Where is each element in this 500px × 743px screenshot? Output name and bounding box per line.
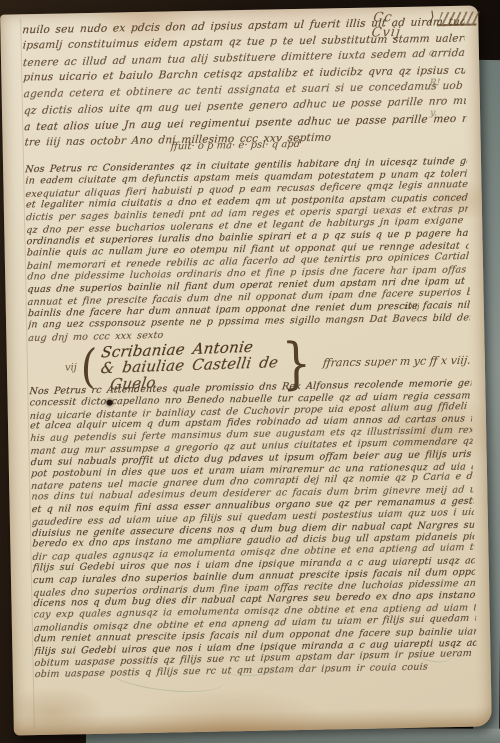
- paragraph-3: Nos Petrus rc Attendentes quale promissi…: [29, 378, 477, 681]
- margin-marks: aR!y.: [429, 38, 461, 129]
- interlinear-correction: xviij: [404, 302, 420, 311]
- parchment-page: Cc Cvij ⟩ nuilo seu nudo ex pdcis don ad…: [0, 5, 492, 735]
- registration-left-tail: vij: [65, 362, 77, 373]
- margin-mark: a: [428, 38, 461, 69]
- manuscript-photo: Cc Cvij ⟩ nuilo seu nudo ex pdcis don ad…: [0, 0, 500, 743]
- margin-mark: R!: [428, 68, 461, 99]
- subscription-note: ffuit· o p ma· e· psl· q apd: [170, 139, 300, 153]
- ink-blot: [107, 400, 113, 406]
- paragraph-1: nuilo seu nudo ex pdcis don ad ipsius ap…: [22, 14, 466, 151]
- fee-note: ffrancs super m yc ff x viij.: [322, 353, 472, 369]
- paragraph-2: Nos Petrus rc Considerantes qz in ciuita…: [25, 156, 470, 344]
- margin-mark: y.: [429, 98, 462, 129]
